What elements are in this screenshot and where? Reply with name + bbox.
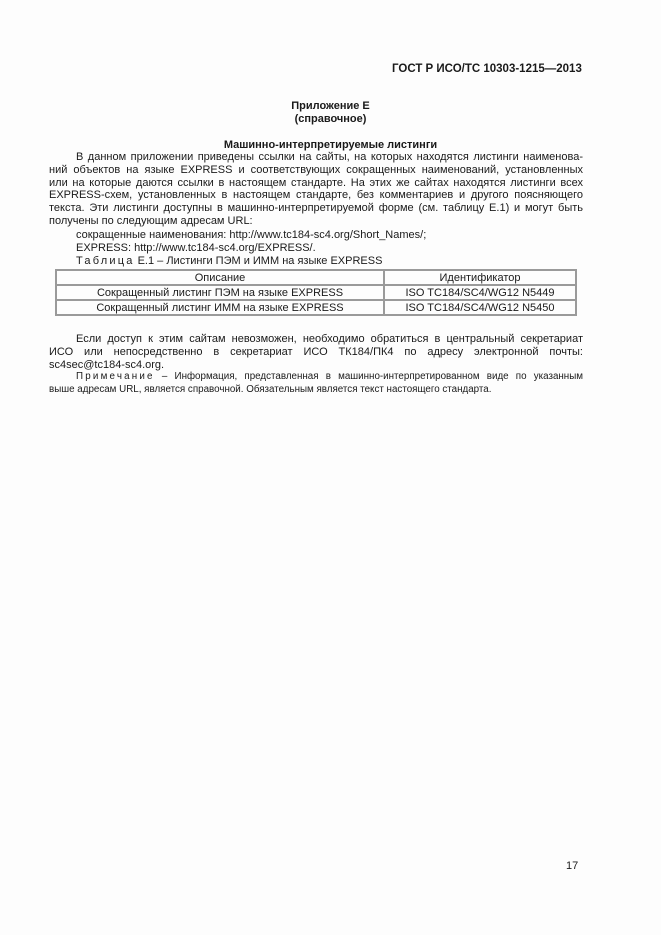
- table-caption-label: Таблица: [76, 255, 135, 267]
- standard-code: ГОСТ Р ИСО/ТС 10303-1215—2013: [392, 63, 582, 75]
- url-express[interactable]: EXPRESS: http://www.tc184-sc4.org/EXPRES…: [76, 242, 316, 254]
- appendix-title: Приложение Е: [0, 100, 661, 113]
- cell-identifier: ISO TC184/SC4/WG12 N5449: [384, 285, 576, 300]
- table-header-row: Описание Идентификатор: [56, 270, 576, 285]
- listings-table: Описание Идентификатор Сокращенный листи…: [55, 269, 577, 316]
- page-number: 17: [566, 860, 578, 872]
- table-caption: Таблица Е.1 – Листинги ПЭМ и ИММ на язык…: [76, 255, 382, 267]
- intro-line: или на которые даются ссылки в настоящем…: [49, 177, 583, 190]
- intro-line: EXPRESS-схем, установленных в настоящем …: [49, 189, 583, 202]
- intro-line: получены по следующим адресам URL:: [49, 215, 583, 228]
- cell-identifier: ISO TC184/SC4/WG12 N5450: [384, 300, 576, 315]
- contact-line: Если доступ к этим сайтам невозможен, не…: [49, 333, 583, 346]
- cell-description: Сокращенный листинг ИММ на языке EXPRESS: [56, 300, 384, 315]
- intro-paragraph: В данном приложении приведены ссылки на …: [49, 151, 583, 228]
- note-line-2: выше адресам URL, является справочной. О…: [49, 383, 583, 396]
- appendix-heading: Приложение Е (справочное): [0, 100, 661, 126]
- intro-line: В данном приложении приведены ссылки на …: [49, 151, 583, 164]
- contact-line: ИСО или непосредственно в секретариат ИС…: [49, 346, 583, 359]
- intro-line: текста. Эти листинги доступны в машинно-…: [49, 202, 583, 215]
- note-paragraph: Примечание – Информация, представленная …: [49, 370, 583, 396]
- header-description: Описание: [56, 270, 384, 285]
- url-short-names[interactable]: сокращенные наименования: http://www.tc1…: [76, 229, 426, 241]
- header-identifier: Идентификатор: [384, 270, 576, 285]
- table-caption-text: Е.1 – Листинги ПЭМ и ИММ на языке EXPRES…: [138, 255, 383, 267]
- contact-paragraph: Если доступ к этим сайтам невозможен, не…: [49, 333, 583, 371]
- note-line-1: Примечание – Информация, представленная …: [49, 370, 583, 383]
- appendix-subtitle: (справочное): [0, 113, 661, 126]
- section-title: Машинно-интерпретируемые листинги: [0, 139, 661, 151]
- note-label: Примечание: [76, 371, 155, 382]
- intro-line: ний объектов на языке EXPRESS и соответс…: [49, 164, 583, 177]
- cell-description: Сокращенный листинг ПЭМ на языке EXPRESS: [56, 285, 384, 300]
- table-row: Сокращенный листинг ПЭМ на языке EXPRESS…: [56, 285, 576, 300]
- table-row: Сокращенный листинг ИММ на языке EXPRESS…: [56, 300, 576, 315]
